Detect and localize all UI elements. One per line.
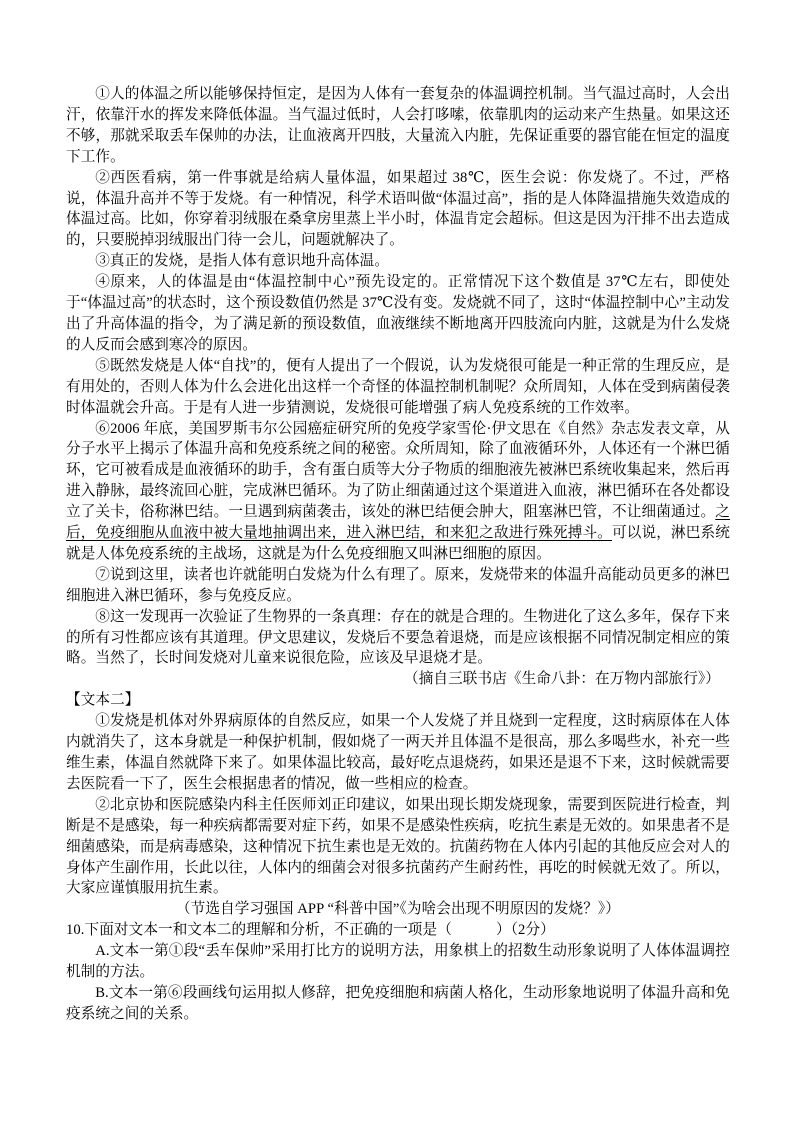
text-one-paragraph-2: ②西医看病，第一件事就是给病人量体温，如果超过 38℃，医生会说：你发烧了。不过…	[66, 168, 730, 252]
question-10-option-b: B.文本一第⑥段画线句运用拟人修辞，把免疫细胞和病菌人格化，生动形象地说明了体温…	[66, 983, 730, 1025]
text-two-paragraph-1: ①发烧是机体对外界病原体的自然反应，如果一个人发烧了并且烧到一定程度，这时病原体…	[66, 711, 730, 795]
document-page: ①人的体温之所以能够保持恒定，是因为人体有一套复杂的体温调控机制。当气温过高时，…	[0, 0, 794, 1123]
question-10-option-a: A.文本一第①段“丢车保帅”采用打比方的说明方法，用象棋上的招数生动形象说明了人…	[66, 941, 730, 983]
text-one-paragraph-1: ①人的体温之所以能够保持恒定，是因为人体有一套复杂的体温调控机制。当气温过高时，…	[66, 84, 730, 168]
text-one-paragraph-7: ⑦说到这里，读者也许就能明白发烧为什么有理了。原来，发烧带来的体温升高能动员更多…	[66, 565, 730, 607]
text-one-section: ①人的体温之所以能够保持恒定，是因为人体有一套复杂的体温调控机制。当气温过高时，…	[66, 84, 730, 690]
text-two-header: 【文本二】	[66, 690, 730, 711]
paragraph-6-text-before-underline: ⑥2006 年底，美国罗斯韦尔公园癌症研究所的免疫学家雪伦·伊文思在《自然》杂志…	[66, 421, 730, 521]
text-two-section: 【文本二】 ①发烧是机体对外界病原体的自然反应，如果一个人发烧了并且烧到一定程度…	[66, 690, 730, 920]
text-two-paragraph-2: ②北京协和医院感染内科主任医师刘正印建议，如果出现长期发烧现象，需要到医院进行检…	[66, 795, 730, 900]
question-10-stem: 10.下面对文本一和文本二的理解和分析，不正确的一项是（ ）（2分）	[66, 920, 730, 941]
text-two-source-attribution: （节选自学习强国 APP “科普中国”《为啥会出现不明原因的发烧？》）	[66, 899, 730, 920]
text-one-paragraph-6: ⑥2006 年底，美国罗斯韦尔公园癌症研究所的免疫学家雪伦·伊文思在《自然》杂志…	[66, 419, 730, 565]
text-one-source-attribution: （摘自三联书店《生命八卦：在万物内部旅行》）	[66, 669, 730, 690]
text-one-paragraph-4: ④原来，人的体温是由“体温控制中心”预先设定的。正常情况下这个数值是 37℃左右…	[66, 272, 730, 356]
question-section: 10.下面对文本一和文本二的理解和分析，不正确的一项是（ ）（2分） A.文本一…	[66, 920, 730, 1025]
text-one-paragraph-3: ③真正的发烧，是指人体有意识地升高体温。	[66, 251, 730, 272]
text-one-paragraph-8: ⑧这一发现再一次验证了生物界的一条真理：存在的就是合理的。生物进化了这么多年，保…	[66, 607, 730, 670]
text-one-paragraph-5: ⑤既然发烧是人体“自找”的，便有人提出了一个假说，认为发烧很可能是一种正常的生理…	[66, 356, 730, 419]
